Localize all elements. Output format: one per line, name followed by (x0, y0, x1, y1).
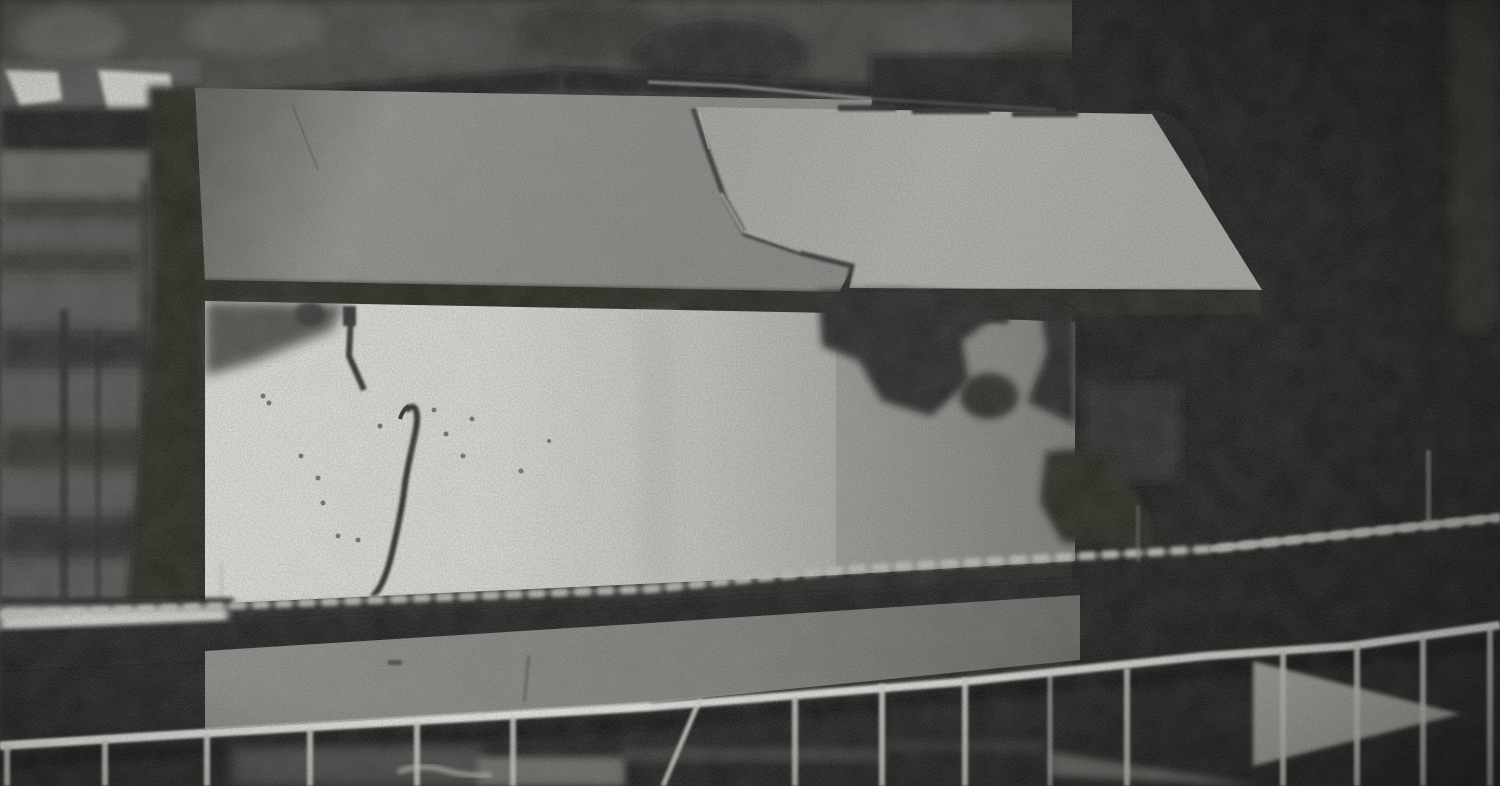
photograph (0, 0, 1500, 786)
photo-canvas (0, 0, 1500, 786)
vignette (0, 0, 1500, 786)
